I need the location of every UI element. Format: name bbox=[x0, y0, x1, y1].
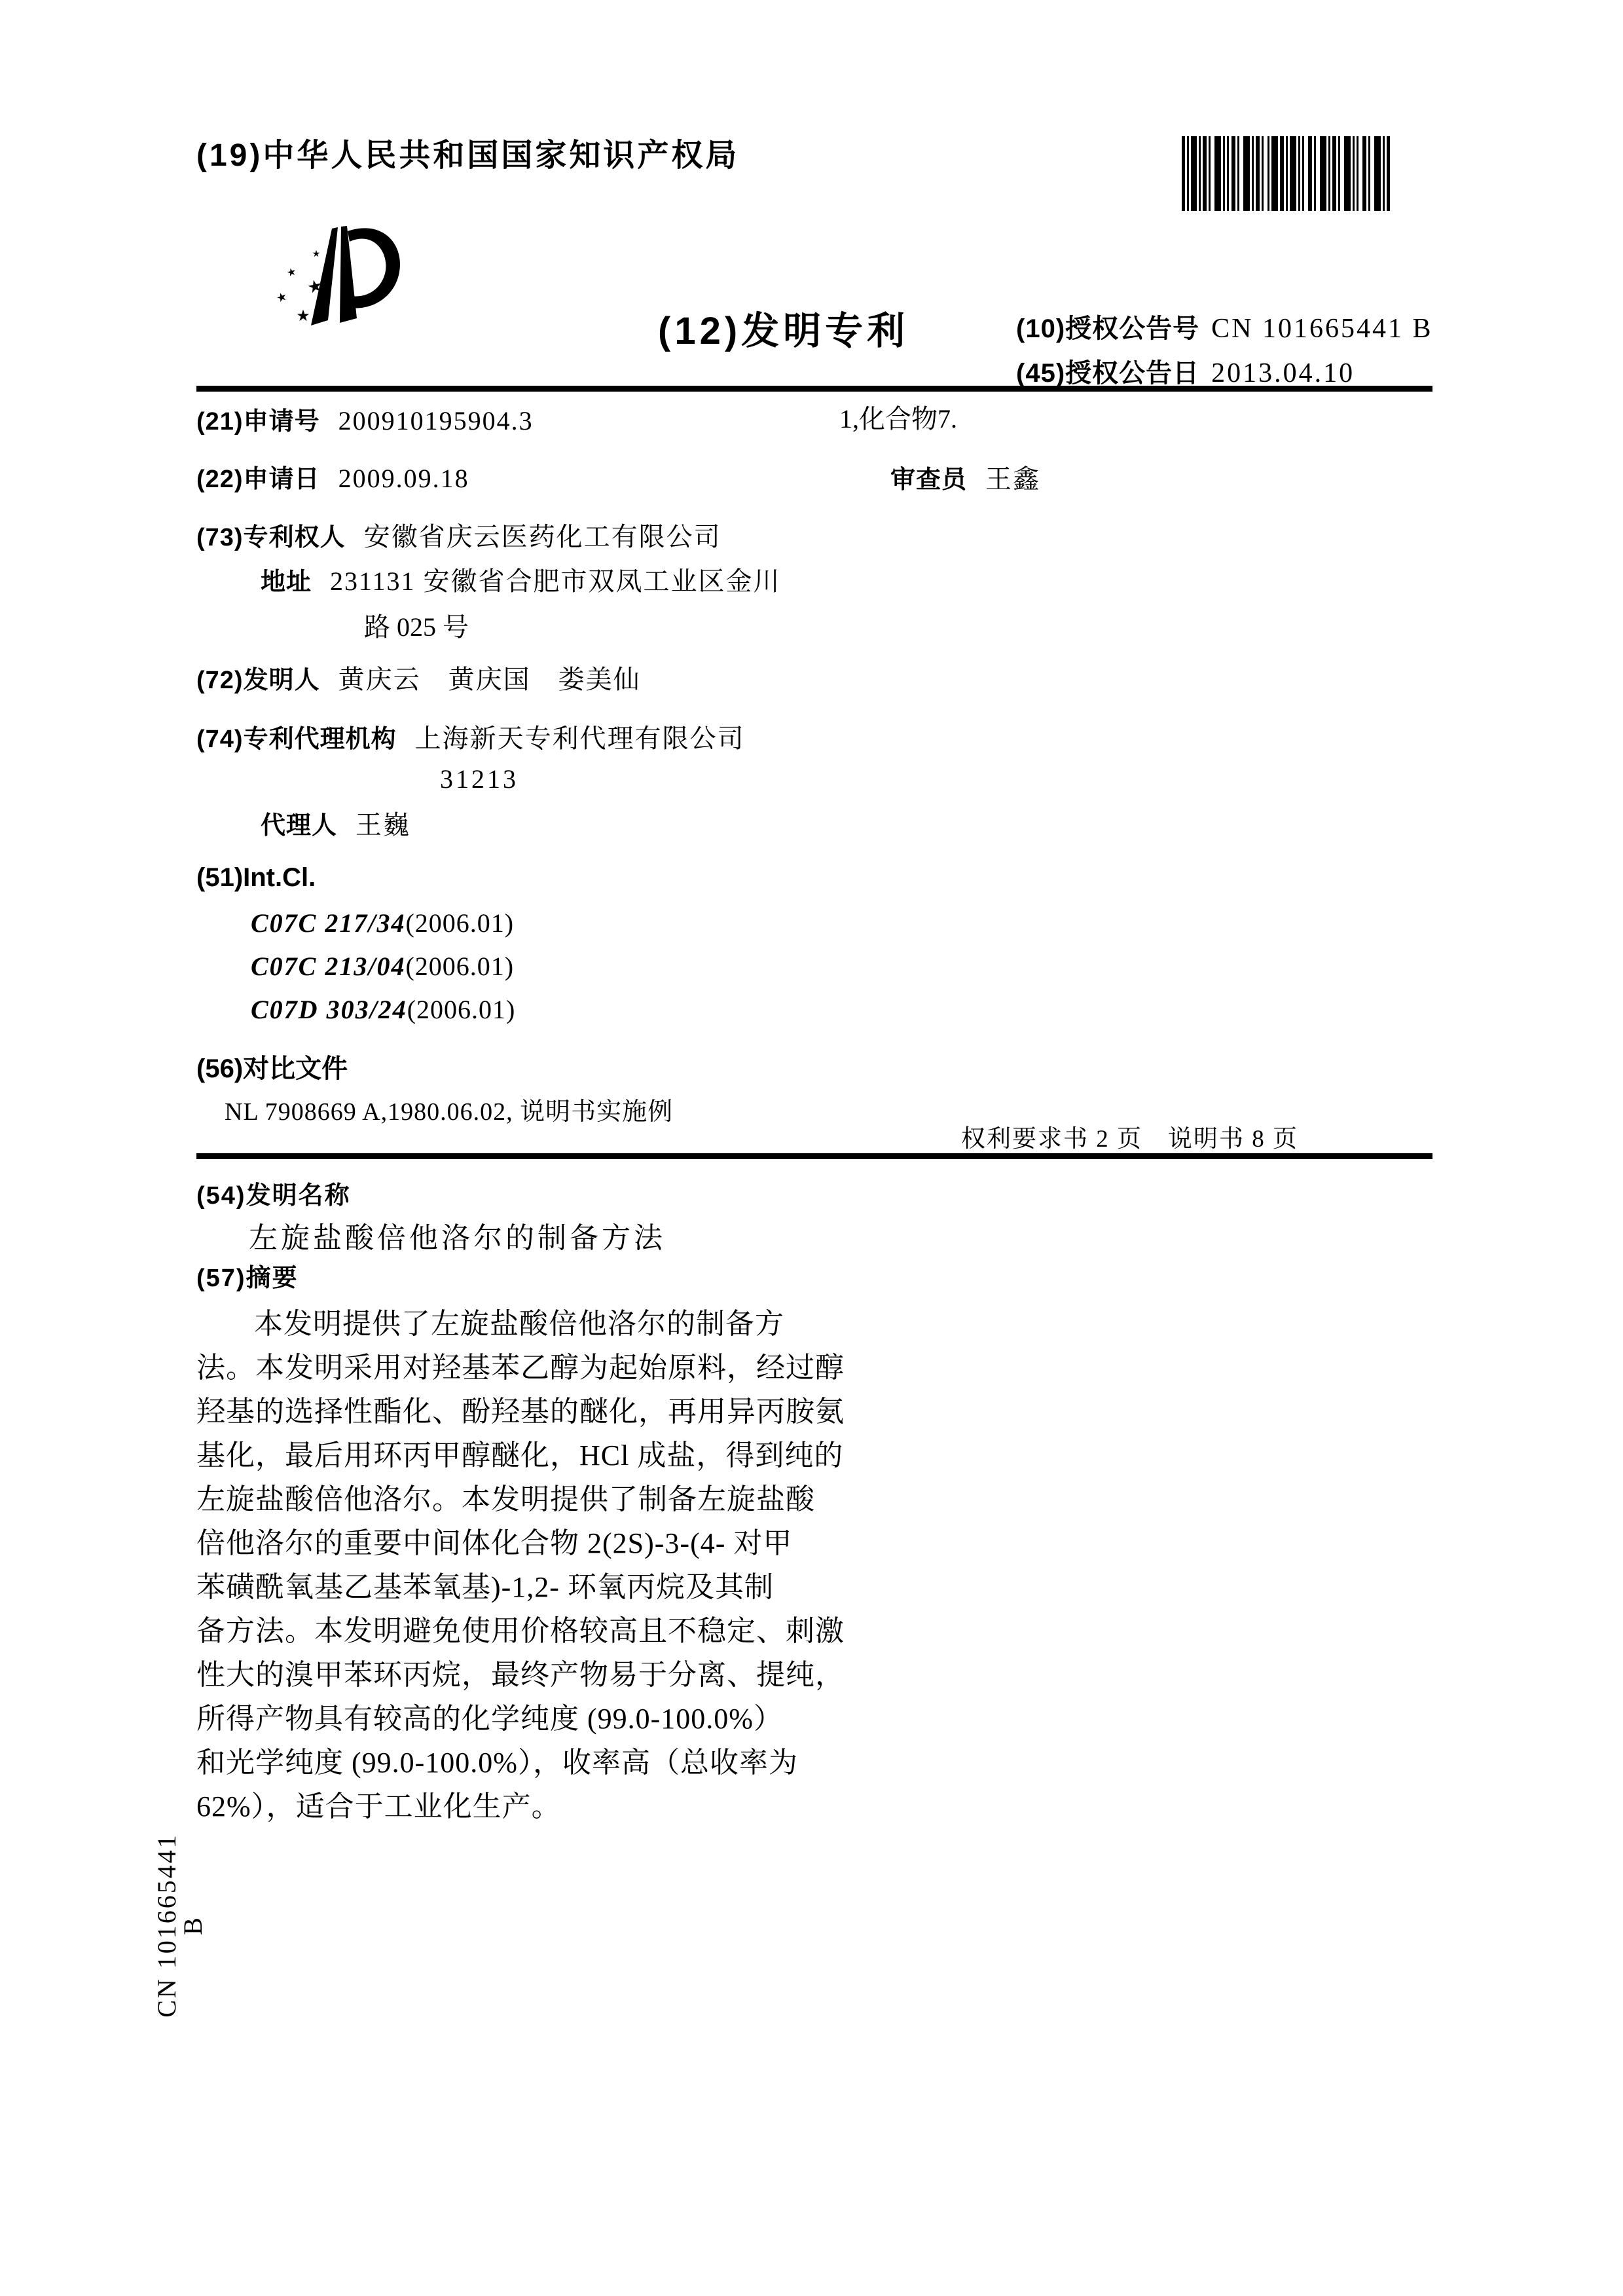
abstract-line: 本发明提供了左旋盐酸倍他洛尔的制备方 bbox=[196, 1302, 956, 1346]
abstract-line: 苯磺酰氧基乙基苯氧基)-1,2- 环氧丙烷及其制 bbox=[196, 1565, 956, 1609]
intcl-code: C07D 303/24 bbox=[251, 995, 407, 1024]
abstract-line: 所得产物具有较高的化学纯度 (99.0-100.0%） bbox=[196, 1697, 956, 1741]
pages-note: 权利要求书 2 页 说明书 8 页 bbox=[961, 1119, 1298, 1154]
app-number-row: (21)申请号200910195904.3 bbox=[196, 401, 534, 437]
address-label: 地址 bbox=[261, 568, 312, 596]
invention-title: 左旋盐酸倍他洛尔的制备方法 bbox=[249, 1214, 666, 1256]
intcl-code-row: C07D 303/24(2006.01) bbox=[251, 994, 515, 1025]
abstract-line: 和光学纯度 (99.0-100.0%），收率高（总收率为 bbox=[196, 1741, 956, 1785]
intcl-label: (51)Int.Cl. bbox=[196, 863, 316, 893]
inventors-value: 黄庆云 黄庆国 娄美仙 bbox=[338, 665, 641, 694]
abstract-line: 倍他洛尔的重要中间体化合物 2(2S)-3-(4- 对甲 bbox=[196, 1521, 956, 1565]
agent-value: 王巍 bbox=[356, 810, 410, 840]
intcl-code-row: C07C 213/04(2006.01) bbox=[251, 951, 514, 982]
agency-value: 上海新天专利代理有限公司 bbox=[415, 724, 745, 753]
divider-rule-top bbox=[196, 386, 1432, 392]
abstract-line: 性大的溴甲苯环丙烷，最终产物易于分离、提纯， bbox=[196, 1653, 956, 1697]
pub-date-label: (45)授权公告日 bbox=[1016, 359, 1199, 388]
agency-row: (74)专利代理机构上海新天专利代理有限公司 bbox=[196, 718, 745, 755]
app-number-value: 200910195904.3 bbox=[338, 406, 534, 435]
office-name: (19)中华人民共和国国家知识产权局 bbox=[196, 130, 739, 175]
sipo-logo: ★ ★ ★ ★ ★ bbox=[270, 225, 409, 337]
agency-code: 31213 bbox=[440, 764, 519, 794]
patent-front-page: (19)中华人民共和国国家知识产权局 ★ ★ ★ ★ ★ (12)发明专利 bbox=[0, 0, 1623, 2296]
logo-star-icon: ★ bbox=[312, 250, 321, 259]
patentee-value: 安徽省庆云医药化工有限公司 bbox=[364, 522, 721, 551]
logo-star-icon: ★ bbox=[296, 308, 310, 325]
address-line1: 231131 安徽省合肥市双凤工业区金川 bbox=[330, 566, 781, 596]
patentee-row: (73)专利权人安徽省庆云医药化工有限公司 bbox=[196, 516, 721, 553]
intcl-version: (2006.01) bbox=[405, 908, 514, 938]
cited-doc-ref: NL 7908669 A,1980.06.02, 说明书实施例 bbox=[225, 1091, 673, 1127]
barcode bbox=[1182, 136, 1390, 211]
intcl-code: C07C 213/04 bbox=[251, 952, 405, 981]
pub-date-value: 2013.04.10 bbox=[1211, 358, 1355, 388]
abstract-line: 羟基的选择性酯化、酚羟基的醚化，再用异丙胺氨 bbox=[196, 1390, 956, 1434]
agency-label: (74)专利代理机构 bbox=[196, 726, 397, 753]
divider-rule-bottom bbox=[196, 1153, 1432, 1159]
intcl-code-row: C07C 217/34(2006.01) bbox=[251, 908, 514, 938]
address-line2: 路 025 号 bbox=[364, 606, 469, 644]
invention-title-label: (54)发明名称 bbox=[196, 1175, 351, 1211]
inventors-label: (72)发明人 bbox=[196, 667, 320, 694]
pub-number-label: (10)授权公告号 bbox=[1016, 314, 1199, 343]
app-date-label: (22)申请日 bbox=[196, 466, 320, 493]
doc-type-title: (12)发明专利 bbox=[658, 300, 909, 355]
inventors-row: (72)发明人黄庆云 黄庆国 娄美仙 bbox=[196, 659, 641, 696]
agent-row: 代理人王巍 bbox=[261, 804, 410, 842]
intcl-version: (2006.01) bbox=[405, 952, 514, 981]
app-number-label: (21)申请号 bbox=[196, 408, 320, 435]
abstract-line: 备方法。本发明避免使用价格较高且不稳定、刺激 bbox=[196, 1609, 956, 1653]
agent-label: 代理人 bbox=[261, 812, 337, 840]
intcl-code: C07C 217/34 bbox=[251, 908, 405, 938]
abstract-line: 62%），适合于工业化生产。 bbox=[196, 1785, 956, 1828]
intcl-version: (2006.01) bbox=[407, 995, 516, 1024]
app-date-value: 2009.09.18 bbox=[338, 464, 469, 493]
continuation-note: 1,化合物7. bbox=[839, 398, 957, 435]
abstract-text: 本发明提供了左旋盐酸倍他洛尔的制备方 法。本发明采用对羟基苯乙醇为起始原料，经过… bbox=[196, 1302, 956, 1828]
app-date-row: (22)申请日2009.09.18 bbox=[196, 458, 469, 494]
examiner-value: 王鑫 bbox=[985, 464, 1040, 494]
sidebar-doc-number: CN 101665441 B bbox=[154, 1821, 180, 2030]
abstract-label: (57)摘要 bbox=[196, 1257, 299, 1293]
logo-star-icon: ★ bbox=[285, 266, 297, 279]
examiner-label: 审查员 bbox=[890, 466, 967, 494]
logo-star-icon: ★ bbox=[274, 289, 289, 305]
cited-docs-label: (56)对比文件 bbox=[196, 1048, 348, 1085]
address-row: 地址231131 安徽省合肥市双凤工业区金川 bbox=[261, 561, 781, 598]
patentee-label: (73)专利权人 bbox=[196, 524, 346, 551]
examiner-row: 审查员王鑫 bbox=[890, 458, 1040, 496]
pub-date-row: (45)授权公告日2013.04.10 bbox=[1016, 352, 1355, 390]
pub-number-value: CN 101665441 B bbox=[1211, 314, 1432, 344]
abstract-line: 左旋盐酸倍他洛尔。本发明提供了制备左旋盐酸 bbox=[196, 1477, 956, 1521]
abstract-line: 基化，最后用环丙甲醇醚化，HCl 成盐，得到纯的 bbox=[196, 1434, 956, 1477]
pub-number-row: (10)授权公告号CN 101665441 B bbox=[1016, 308, 1433, 345]
abstract-line: 法。本发明采用对羟基苯乙醇为起始原料，经过醇 bbox=[196, 1346, 956, 1390]
